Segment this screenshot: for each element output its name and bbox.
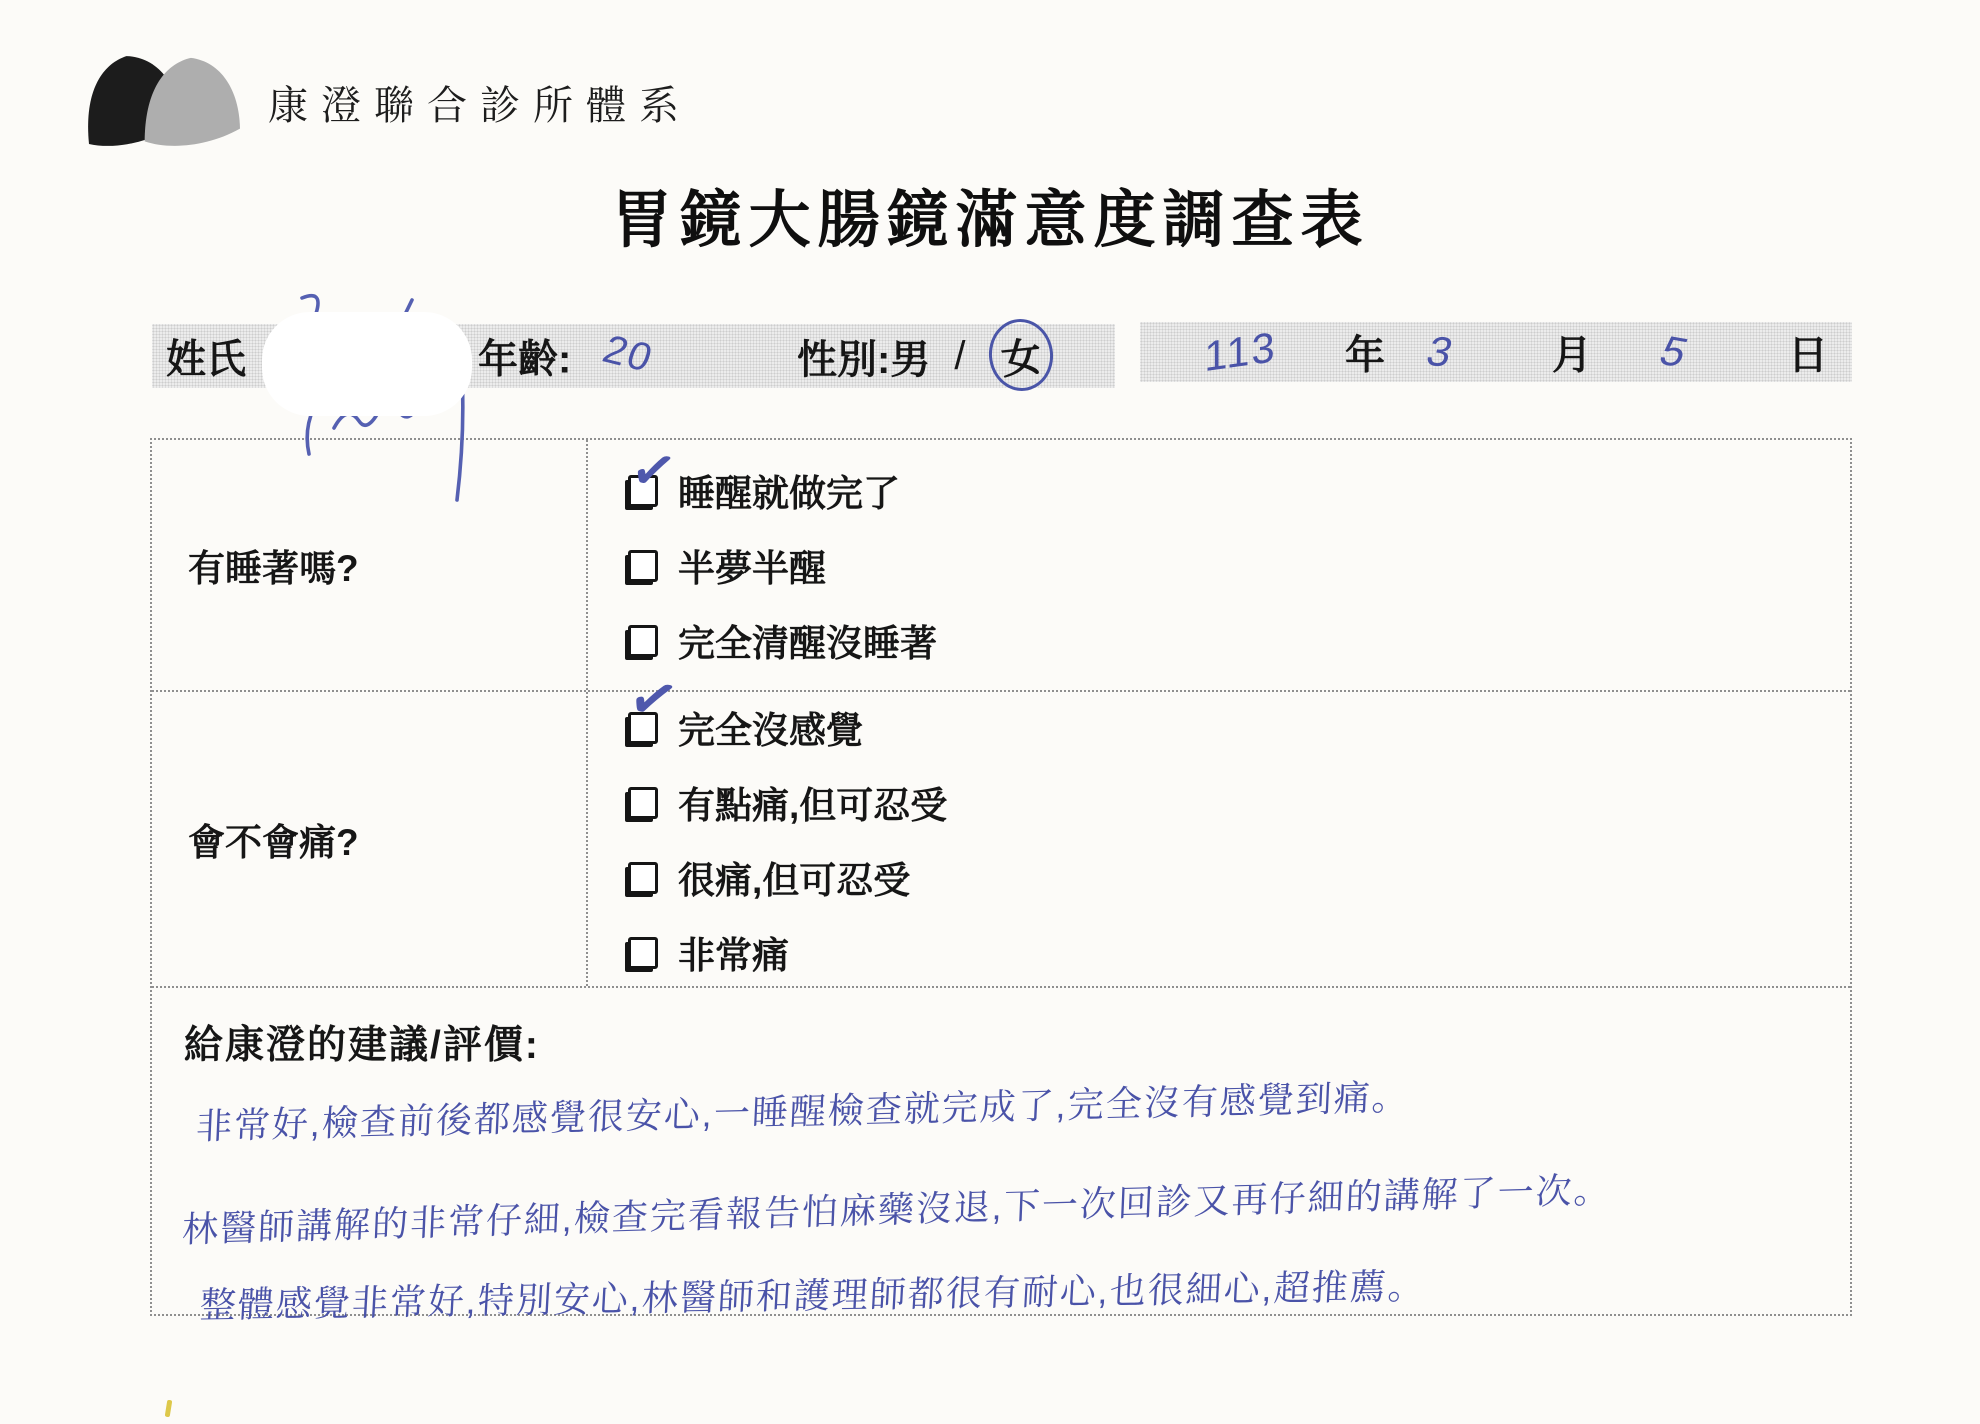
clinic-logo-icon bbox=[76, 50, 256, 146]
comment-line-2: 林醫師講解的非常仔細,檢查完看報告怕麻藥沒退,下一次回診又再仔細的講解了一次。 bbox=[181, 1162, 1613, 1253]
comment-line-1: 非常好,檢查前後都感覺很安心,一睡醒檢查就完成了,完全沒有感覺到痛。 bbox=[195, 1069, 1411, 1150]
question-row-pain: 會不會痛? ✓ 完全沒感覺 有點痛,但可忍受 很痛,但可忍受 非常痛 bbox=[152, 692, 1850, 988]
comments-section: 給康澄的建議/評價: 非常好,檢查前後都感覺很安心,一睡醒檢查就完成了,完全沒有… bbox=[152, 988, 1850, 1318]
option-item[interactable]: 非常痛 bbox=[628, 925, 1850, 979]
option-label: 完全清醒沒睡著 bbox=[678, 613, 937, 667]
checkmark-handwritten: ✓ bbox=[627, 440, 681, 501]
checkbox[interactable] bbox=[628, 550, 658, 582]
option-item[interactable]: 很痛,但可忍受 bbox=[628, 850, 1850, 904]
option-label: 半夢半醒 bbox=[678, 538, 826, 592]
checkbox-checked[interactable]: ✓ bbox=[628, 475, 658, 507]
option-label: 很痛,但可忍受 bbox=[678, 850, 910, 904]
age-label: 年齡: bbox=[478, 328, 571, 385]
checkbox[interactable] bbox=[628, 787, 658, 819]
options-list: ✓ 完全沒感覺 有點痛,但可忍受 很痛,但可忍受 非常痛 bbox=[588, 692, 1850, 986]
checkbox-checked[interactable]: ✓ bbox=[628, 712, 658, 744]
age-value-handwritten: 20 bbox=[597, 327, 660, 381]
checkbox[interactable] bbox=[628, 937, 658, 969]
date-year-label: 年 bbox=[1345, 324, 1385, 381]
option-item[interactable]: 半夢半醒 bbox=[628, 538, 1850, 592]
date-month-value: 3 bbox=[1421, 327, 1460, 377]
survey-table: 有睡著嗎? ✓ 睡醒就做完了 半夢半醒 完全清醒沒睡著 會不會痛? bbox=[150, 438, 1852, 1316]
checkbox[interactable] bbox=[628, 625, 658, 657]
surname-label: 姓氏 bbox=[166, 328, 246, 385]
date-month-label: 月 bbox=[1552, 324, 1592, 381]
options-list: ✓ 睡醒就做完了 半夢半醒 完全清醒沒睡著 bbox=[588, 440, 1850, 690]
option-item[interactable]: 有點痛,但可忍受 bbox=[628, 775, 1850, 829]
clinic-name: 康澄聯合診所體系 bbox=[268, 74, 692, 131]
date-day-value: 5 bbox=[1653, 327, 1696, 377]
gender-option-female: 女 bbox=[999, 325, 1045, 386]
scan-artifact bbox=[165, 1400, 173, 1418]
option-item[interactable]: 完全清醒沒睡著 bbox=[628, 613, 1850, 667]
date-bar: 113 年 3 月 5 日 bbox=[1140, 322, 1852, 382]
gender-circle-annotation[interactable]: 女 bbox=[986, 316, 1057, 394]
option-label: 非常痛 bbox=[678, 925, 789, 979]
option-item[interactable]: ✓ 睡醒就做完了 bbox=[628, 463, 1850, 517]
date-day-label: 日 bbox=[1788, 324, 1828, 381]
option-item[interactable]: ✓ 完全沒感覺 bbox=[628, 700, 1850, 754]
comments-label: 給康澄的建議/評價: bbox=[184, 1014, 540, 1070]
checkbox[interactable] bbox=[628, 862, 658, 894]
gender-field: 性別:男 / 女 bbox=[797, 321, 1053, 391]
page-title: 胃鏡大腸鏡滿意度調查表 bbox=[0, 170, 1980, 259]
option-label: 睡醒就做完了 bbox=[678, 463, 900, 517]
gender-option-male[interactable]: 性別:男 bbox=[797, 328, 930, 385]
option-label: 有點痛,但可忍受 bbox=[678, 775, 947, 829]
gender-separator: / bbox=[954, 334, 965, 379]
name-redaction bbox=[262, 312, 472, 416]
date-year-value: 113 bbox=[1204, 323, 1276, 382]
question-label: 會不會痛? bbox=[152, 692, 588, 986]
option-label: 完全沒感覺 bbox=[678, 700, 863, 754]
comment-line-3: 整體感覺非常好,特別安心,林醫師和護理師都很有耐心,也很細心,超推薦。 bbox=[199, 1258, 1428, 1328]
scanned-survey-form: 康澄聯合診所體系 胃鏡大腸鏡滿意度調查表 姓氏 年齡: 20 性別:男 / 女 … bbox=[0, 0, 1980, 1424]
